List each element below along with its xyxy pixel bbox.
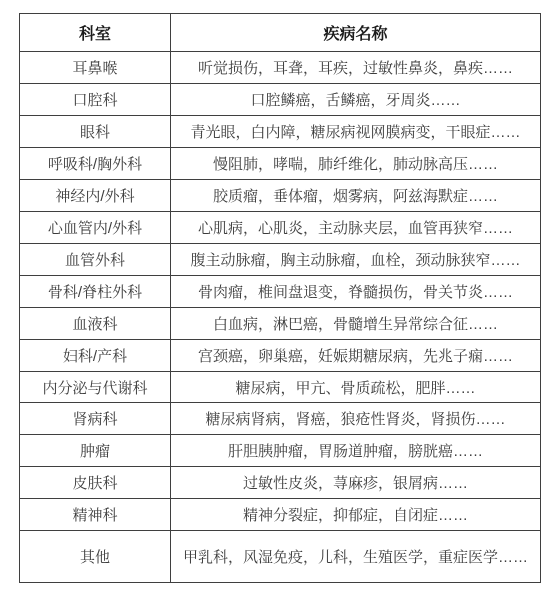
table-row: 心血管内/外科 心肌病，心肌炎，主动脉夹层，血管再狭窄…… (20, 211, 541, 243)
department-cell: 精神科 (20, 499, 171, 531)
table-row: 呼吸科/胸外科 慢阻肺，哮喘，肺纤维化，肺动脉高压…… (20, 147, 541, 179)
diseases-cell: 甲乳科，风湿免疫，儿科，生殖医学，重症医学…… (171, 531, 541, 583)
diseases-cell: 慢阻肺，哮喘，肺纤维化，肺动脉高压…… (171, 147, 541, 179)
department-cell: 呼吸科/胸外科 (20, 147, 171, 179)
table-row: 神经内/外科 胶质瘤，垂体瘤，烟雾病，阿兹海默症…… (20, 179, 541, 211)
table-row: 耳鼻喉 听觉损伤，耳聋，耳疾，过敏性鼻炎，鼻疾…… (20, 52, 541, 84)
department-cell: 肾病科 (20, 403, 171, 435)
table-row: 口腔科 口腔鳞癌，舌鳞癌，牙周炎…… (20, 83, 541, 115)
department-cell: 妇科/产科 (20, 339, 171, 371)
table-screenshot: 科室 疾病名称 耳鼻喉 听觉损伤，耳聋，耳疾，过敏性鼻炎，鼻疾…… 口腔科 口腔… (0, 0, 557, 593)
diseases-cell: 糖尿病，甲亢、骨质疏松，肥胖…… (171, 371, 541, 403)
department-cell: 眼科 (20, 115, 171, 147)
table-row: 精神科 精神分裂症，抑郁症，自闭症…… (20, 499, 541, 531)
diseases-cell: 白血病，淋巴癌，骨髓增生异常综合征…… (171, 307, 541, 339)
department-cell: 耳鼻喉 (20, 52, 171, 84)
diseases-cell: 腹主动脉瘤，胸主动脉瘤，血栓，颈动脉狭窄…… (171, 243, 541, 275)
diseases-cell: 听觉损伤，耳聋，耳疾，过敏性鼻炎，鼻疾…… (171, 52, 541, 84)
table-row: 眼科 青光眼，白内障，糖尿病视网膜病变，干眼症…… (20, 115, 541, 147)
department-cell: 神经内/外科 (20, 179, 171, 211)
department-cell: 肿瘤 (20, 435, 171, 467)
table-row: 妇科/产科 宫颈癌，卵巢癌，妊娠期糖尿病，先兆子痫…… (20, 339, 541, 371)
diseases-cell: 骨肉瘤，椎间盘退变，脊髓损伤，骨关节炎…… (171, 275, 541, 307)
diseases-cell: 肝胆胰肿瘤，胃肠道肿瘤，膀胱癌…… (171, 435, 541, 467)
diseases-cell: 糖尿病肾病，肾癌，狼疮性肾炎，肾损伤…… (171, 403, 541, 435)
header-row: 科室 疾病名称 (20, 14, 541, 52)
diseases-cell: 胶质瘤，垂体瘤，烟雾病，阿兹海默症…… (171, 179, 541, 211)
table-row: 骨科/脊柱外科 骨肉瘤，椎间盘退变，脊髓损伤，骨关节炎…… (20, 275, 541, 307)
department-cell: 血管外科 (20, 243, 171, 275)
table-row: 皮肤科 过敏性皮炎，荨麻疹，银屑病…… (20, 467, 541, 499)
department-disease-table: 科室 疾病名称 耳鼻喉 听觉损伤，耳聋，耳疾，过敏性鼻炎，鼻疾…… 口腔科 口腔… (19, 13, 541, 583)
header-diseases: 疾病名称 (171, 14, 541, 52)
department-cell: 骨科/脊柱外科 (20, 275, 171, 307)
diseases-cell: 心肌病，心肌炎，主动脉夹层，血管再狭窄…… (171, 211, 541, 243)
header-department: 科室 (20, 14, 171, 52)
diseases-cell: 宫颈癌，卵巢癌，妊娠期糖尿病，先兆子痫…… (171, 339, 541, 371)
table-body: 耳鼻喉 听觉损伤，耳聋，耳疾，过敏性鼻炎，鼻疾…… 口腔科 口腔鳞癌，舌鳞癌，牙… (20, 52, 541, 583)
diseases-cell: 精神分裂症，抑郁症，自闭症…… (171, 499, 541, 531)
department-cell: 内分泌与代谢科 (20, 371, 171, 403)
department-cell: 血液科 (20, 307, 171, 339)
table-row: 其他 甲乳科，风湿免疫，儿科，生殖医学，重症医学…… (20, 531, 541, 583)
table-row: 内分泌与代谢科 糖尿病，甲亢、骨质疏松，肥胖…… (20, 371, 541, 403)
diseases-cell: 过敏性皮炎，荨麻疹，银屑病…… (171, 467, 541, 499)
department-cell: 其他 (20, 531, 171, 583)
diseases-cell: 口腔鳞癌，舌鳞癌，牙周炎…… (171, 83, 541, 115)
table-row: 肾病科 糖尿病肾病，肾癌，狼疮性肾炎，肾损伤…… (20, 403, 541, 435)
table-row: 肿瘤 肝胆胰肿瘤，胃肠道肿瘤，膀胱癌…… (20, 435, 541, 467)
department-cell: 口腔科 (20, 83, 171, 115)
department-cell: 心血管内/外科 (20, 211, 171, 243)
diseases-cell: 青光眼，白内障，糖尿病视网膜病变，干眼症…… (171, 115, 541, 147)
table-row: 血管外科 腹主动脉瘤，胸主动脉瘤，血栓，颈动脉狭窄…… (20, 243, 541, 275)
table-row: 血液科 白血病，淋巴癌，骨髓增生异常综合征…… (20, 307, 541, 339)
department-cell: 皮肤科 (20, 467, 171, 499)
